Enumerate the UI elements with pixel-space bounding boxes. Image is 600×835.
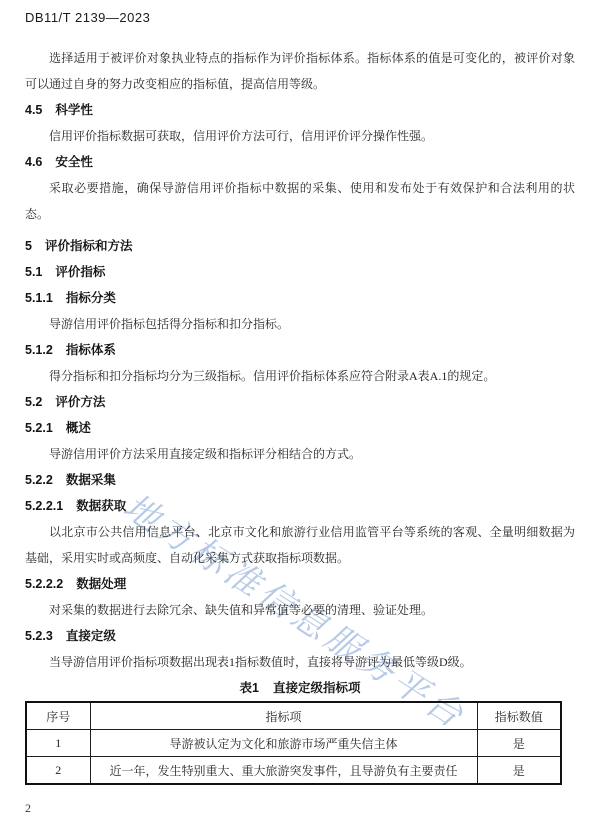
- document-page: 地方标准信息服务平台 DB11/T 2139—2023 选择适用于被评价对象执业…: [0, 0, 600, 835]
- heading-title: 评价指标和方法: [45, 239, 133, 253]
- heading-number: 5.1: [25, 265, 42, 279]
- heading-5-2-1: 5.2.1概述: [25, 415, 575, 441]
- heading-title: 评价方法: [55, 395, 105, 409]
- doc-number: DB11/T 2139—2023: [25, 10, 575, 26]
- table-caption-title: 直接定级指标项: [273, 681, 361, 695]
- heading-number: 4.5: [25, 103, 42, 117]
- heading-number: 5.2.2.1: [25, 499, 63, 513]
- cell-indicator: 近一年，发生特别重大、重大旅游突发事件，且导游负有主要责任: [90, 757, 477, 785]
- heading-number: 5.1.2: [25, 343, 53, 357]
- heading-number: 5.2.2.2: [25, 577, 63, 591]
- paragraph-4-5: 信用评价指标数据可获取，信用评价方法可行，信用评价评分操作性强。: [25, 123, 575, 149]
- heading-5-2-2-2: 5.2.2.2数据处理: [25, 571, 575, 597]
- paragraph-4-6: 采取必要措施，确保导游信用评价指标中数据的采集、使用和发布处于有效保护和合法利用…: [25, 175, 575, 227]
- heading-number: 4.6: [25, 155, 42, 169]
- paragraph-intro: 选择适用于被评价对象执业特点的指标作为评价指标体系。指标体系的值是可变化的，被评…: [25, 45, 575, 97]
- heading-title: 安全性: [55, 155, 93, 169]
- paragraph-5-2-2-2: 对采集的数据进行去除冗余、缺失值和异常值等必要的清理、验证处理。: [25, 597, 575, 623]
- page-number: 2: [25, 801, 31, 816]
- column-header-indicator: 指标项: [90, 702, 477, 730]
- cell-index: 1: [26, 730, 90, 757]
- heading-title: 指标分类: [66, 291, 116, 305]
- cell-indicator: 导游被认定为文化和旅游市场严重失信主体: [90, 730, 477, 757]
- direct-rating-table: 序号 指标项 指标数值 1 导游被认定为文化和旅游市场严重失信主体 是 2 近一…: [25, 701, 562, 785]
- heading-5-2-3: 5.2.3直接定级: [25, 623, 575, 649]
- heading-4-5: 4.5科学性: [25, 97, 575, 123]
- page-content: DB11/T 2139—2023 选择适用于被评价对象执业特点的指标作为评价指标…: [0, 0, 600, 785]
- heading-5-2-2: 5.2.2数据采集: [25, 467, 575, 493]
- table-row: 2 近一年，发生特别重大、重大旅游突发事件，且导游负有主要责任 是: [26, 757, 561, 785]
- heading-number: 5.2.3: [25, 629, 53, 643]
- paragraph-5-2-2-1: 以北京市公共信用信息平台、北京市文化和旅游行业信用监管平台等系统的客观、全量明细…: [25, 519, 575, 571]
- paragraph-5-2-1: 导游信用评价方法采用直接定级和指标评分相结合的方式。: [25, 441, 575, 467]
- heading-5: 5评价指标和方法: [25, 233, 575, 259]
- heading-5-2-2-1: 5.2.2.1数据获取: [25, 493, 575, 519]
- heading-number: 5.1.1: [25, 291, 53, 305]
- paragraph-5-1-2: 得分指标和扣分指标均分为三级指标。信用评价指标体系应符合附录A表A.1的规定。: [25, 363, 575, 389]
- heading-title: 科学性: [55, 103, 93, 117]
- column-header-value: 指标数值: [477, 702, 561, 730]
- cell-index: 2: [26, 757, 90, 785]
- heading-title: 概述: [66, 421, 91, 435]
- table-caption-label: 表1: [240, 681, 259, 695]
- column-header-index: 序号: [26, 702, 90, 730]
- cell-value: 是: [477, 730, 561, 757]
- heading-5-1-2: 5.1.2指标体系: [25, 337, 575, 363]
- heading-5-1-1: 5.1.1指标分类: [25, 285, 575, 311]
- heading-5-1: 5.1评价指标: [25, 259, 575, 285]
- paragraph-5-2-3: 当导游信用评价指标项数据出现表1指标数值时，直接将导游评为最低等级D级。: [25, 649, 575, 675]
- table-row: 1 导游被认定为文化和旅游市场严重失信主体 是: [26, 730, 561, 757]
- heading-title: 数据采集: [66, 473, 116, 487]
- heading-5-2: 5.2评价方法: [25, 389, 575, 415]
- table-header-row: 序号 指标项 指标数值: [26, 702, 561, 730]
- heading-title: 数据处理: [76, 577, 126, 591]
- heading-title: 数据获取: [76, 499, 126, 513]
- heading-4-6: 4.6安全性: [25, 149, 575, 175]
- heading-title: 指标体系: [66, 343, 116, 357]
- heading-title: 直接定级: [66, 629, 116, 643]
- heading-number: 5.2.2: [25, 473, 53, 487]
- table-caption: 表1直接定级指标项: [25, 675, 575, 701]
- heading-title: 评价指标: [55, 265, 105, 279]
- cell-value: 是: [477, 757, 561, 785]
- heading-number: 5.2.1: [25, 421, 53, 435]
- paragraph-5-1-1: 导游信用评价指标包括得分指标和扣分指标。: [25, 311, 575, 337]
- heading-number: 5.2: [25, 395, 42, 409]
- heading-number: 5: [25, 239, 32, 253]
